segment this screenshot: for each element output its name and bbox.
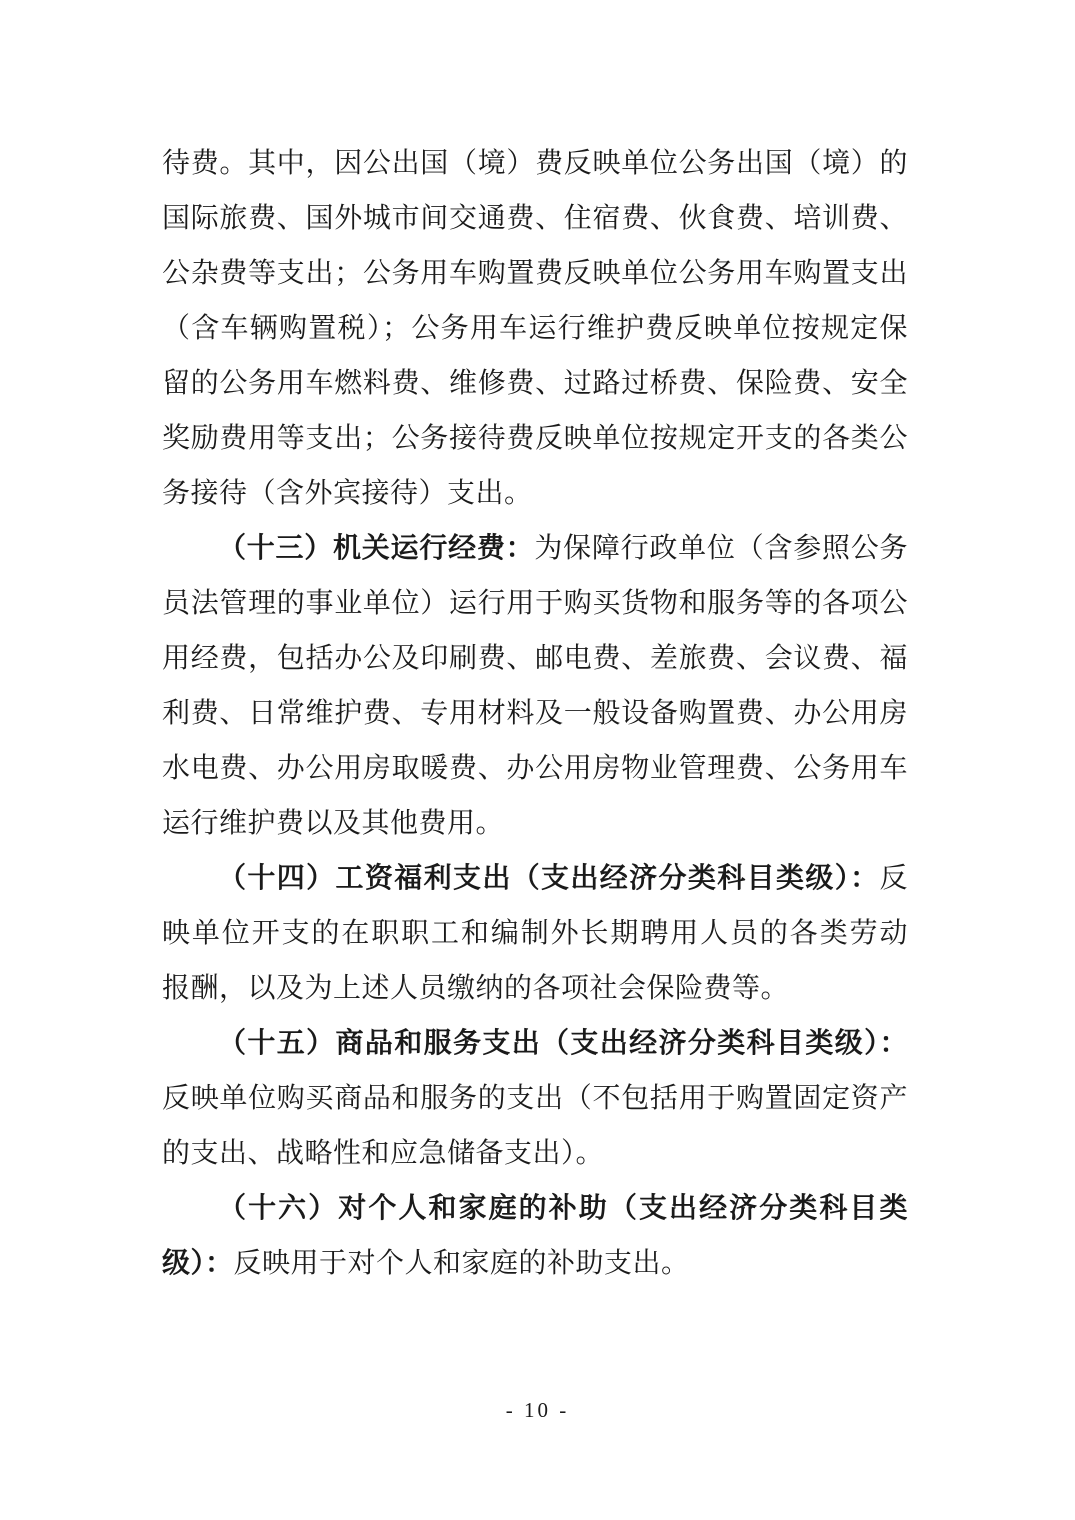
text-segment: （含车辆购置税）；公务用车运行维护费反映单位按规定保 (162, 313, 908, 344)
text-line: 公杂费等支出；公务用车购置费反映单位公务用车购置支出 (162, 246, 908, 301)
text-line: （十三）机关运行经费：为保障行政单位（含参照公务 (162, 521, 908, 576)
text-line: （含车辆购置税）；公务用车运行维护费反映单位按规定保 (162, 301, 908, 356)
page-number: - 10 - (0, 1398, 1075, 1423)
text-segment: 奖励费用等支出；公务接待费反映单位按规定开支的各类公 (162, 423, 908, 454)
text-line: （十四）工资福利支出（支出经济分类科目类级）：反 (162, 851, 908, 906)
text-segment: 用经费，包括办公及印刷费、邮电费、差旅费、会议费、福 (162, 643, 908, 674)
para-13-organ-operating-funds: （十三）机关运行经费：为保障行政单位（含参照公务员法管理的事业单位）运行用于购买… (162, 521, 908, 851)
text-content: 待费。其中，因公出国（境）费反映单位公务出国（境）的国际旅费、国外城市间交通费、… (162, 136, 908, 1291)
text-line: 级）：反映用于对个人和家庭的补助支出。 (162, 1236, 908, 1291)
text-line: 映单位开支的在职职工和编制外长期聘用人员的各类劳动 (162, 906, 908, 961)
text-line: 的支出、战略性和应急储备支出）。 (162, 1126, 908, 1181)
heading-segment: （十四）工资福利支出（支出经济分类科目类级）： (218, 863, 879, 894)
text-segment: 为保障行政单位（含参照公务 (534, 533, 908, 564)
text-line: （十五）商品和服务支出（支出经济分类科目类级）： (162, 1016, 908, 1071)
para-15-goods-services-expenditure: （十五）商品和服务支出（支出经济分类科目类级）：反映单位购买商品和服务的支出（不… (162, 1016, 908, 1181)
text-line: 反映单位购买商品和服务的支出（不包括用于购置固定资产 (162, 1071, 908, 1126)
text-line: 用经费，包括办公及印刷费、邮电费、差旅费、会议费、福 (162, 631, 908, 686)
text-segment: 水电费、办公用房取暖费、办公用房物业管理费、公务用车 (162, 753, 908, 784)
text-line: 运行维护费以及其他费用。 (162, 796, 908, 851)
para-14-wage-welfare-expenditure: （十四）工资福利支出（支出经济分类科目类级）：反映单位开支的在职职工和编制外长期… (162, 851, 908, 1016)
text-segment: 的支出、战略性和应急储备支出）。 (162, 1138, 604, 1169)
text-line: （十六）对个人和家庭的补助（支出经济分类科目类 (162, 1181, 908, 1236)
text-segment: 映单位开支的在职职工和编制外长期聘用人员的各类劳动 (162, 918, 908, 949)
text-segment: 反映单位购买商品和服务的支出（不包括用于购置固定资产 (162, 1083, 908, 1114)
text-segment: 报酬，以及为上述人员缴纳的各项社会保险费等。 (162, 973, 789, 1004)
text-line: 奖励费用等支出；公务接待费反映单位按规定开支的各类公 (162, 411, 908, 466)
text-segment: 反映用于对个人和家庭的补助支出。 (234, 1248, 690, 1279)
text-segment: 待费。其中，因公出国（境）费反映单位公务出国（境）的 (162, 148, 908, 179)
heading-segment: （十六）对个人和家庭的补助（支出经济分类科目类 (218, 1193, 908, 1224)
text-line: 报酬，以及为上述人员缴纳的各项社会保险费等。 (162, 961, 908, 1016)
text-segment: 留的公务用车燃料费、维修费、过路过桥费、保险费、安全 (162, 368, 908, 399)
text-line: 留的公务用车燃料费、维修费、过路过桥费、保险费、安全 (162, 356, 908, 411)
heading-segment: （十三）机关运行经费： (218, 533, 534, 564)
text-segment: 利费、日常维护费、专用材料及一般设备购置费、办公用房 (162, 698, 908, 729)
text-segment: 公杂费等支出；公务用车购置费反映单位公务用车购置支出 (162, 258, 908, 289)
para-16-subsidies-individuals-families: （十六）对个人和家庭的补助（支出经济分类科目类级）：反映用于对个人和家庭的补助支… (162, 1181, 908, 1291)
document-page: 待费。其中，因公出国（境）费反映单位公务出国（境）的国际旅费、国外城市间交通费、… (0, 0, 1075, 1520)
text-line: 水电费、办公用房取暖费、办公用房物业管理费、公务用车 (162, 741, 908, 796)
text-segment: 员法管理的事业单位）运行用于购买货物和服务等的各项公 (162, 588, 908, 619)
text-segment: 运行维护费以及其他费用。 (162, 808, 504, 839)
text-segment: 反 (879, 863, 908, 894)
text-segment: 国际旅费、国外城市间交通费、住宿费、伙食费、培训费、 (162, 203, 908, 234)
text-segment: 务接待（含外宾接待）支出。 (162, 478, 533, 509)
text-line: 国际旅费、国外城市间交通费、住宿费、伙食费、培训费、 (162, 191, 908, 246)
text-line: 待费。其中，因公出国（境）费反映单位公务出国（境）的 (162, 136, 908, 191)
heading-segment: （十五）商品和服务支出（支出经济分类科目类级）： (218, 1028, 908, 1059)
heading-segment: 级）： (162, 1248, 234, 1279)
para-official-reception-continuation: 待费。其中，因公出国（境）费反映单位公务出国（境）的国际旅费、国外城市间交通费、… (162, 136, 908, 521)
text-line: 员法管理的事业单位）运行用于购买货物和服务等的各项公 (162, 576, 908, 631)
text-line: 利费、日常维护费、专用材料及一般设备购置费、办公用房 (162, 686, 908, 741)
text-line: 务接待（含外宾接待）支出。 (162, 466, 908, 521)
